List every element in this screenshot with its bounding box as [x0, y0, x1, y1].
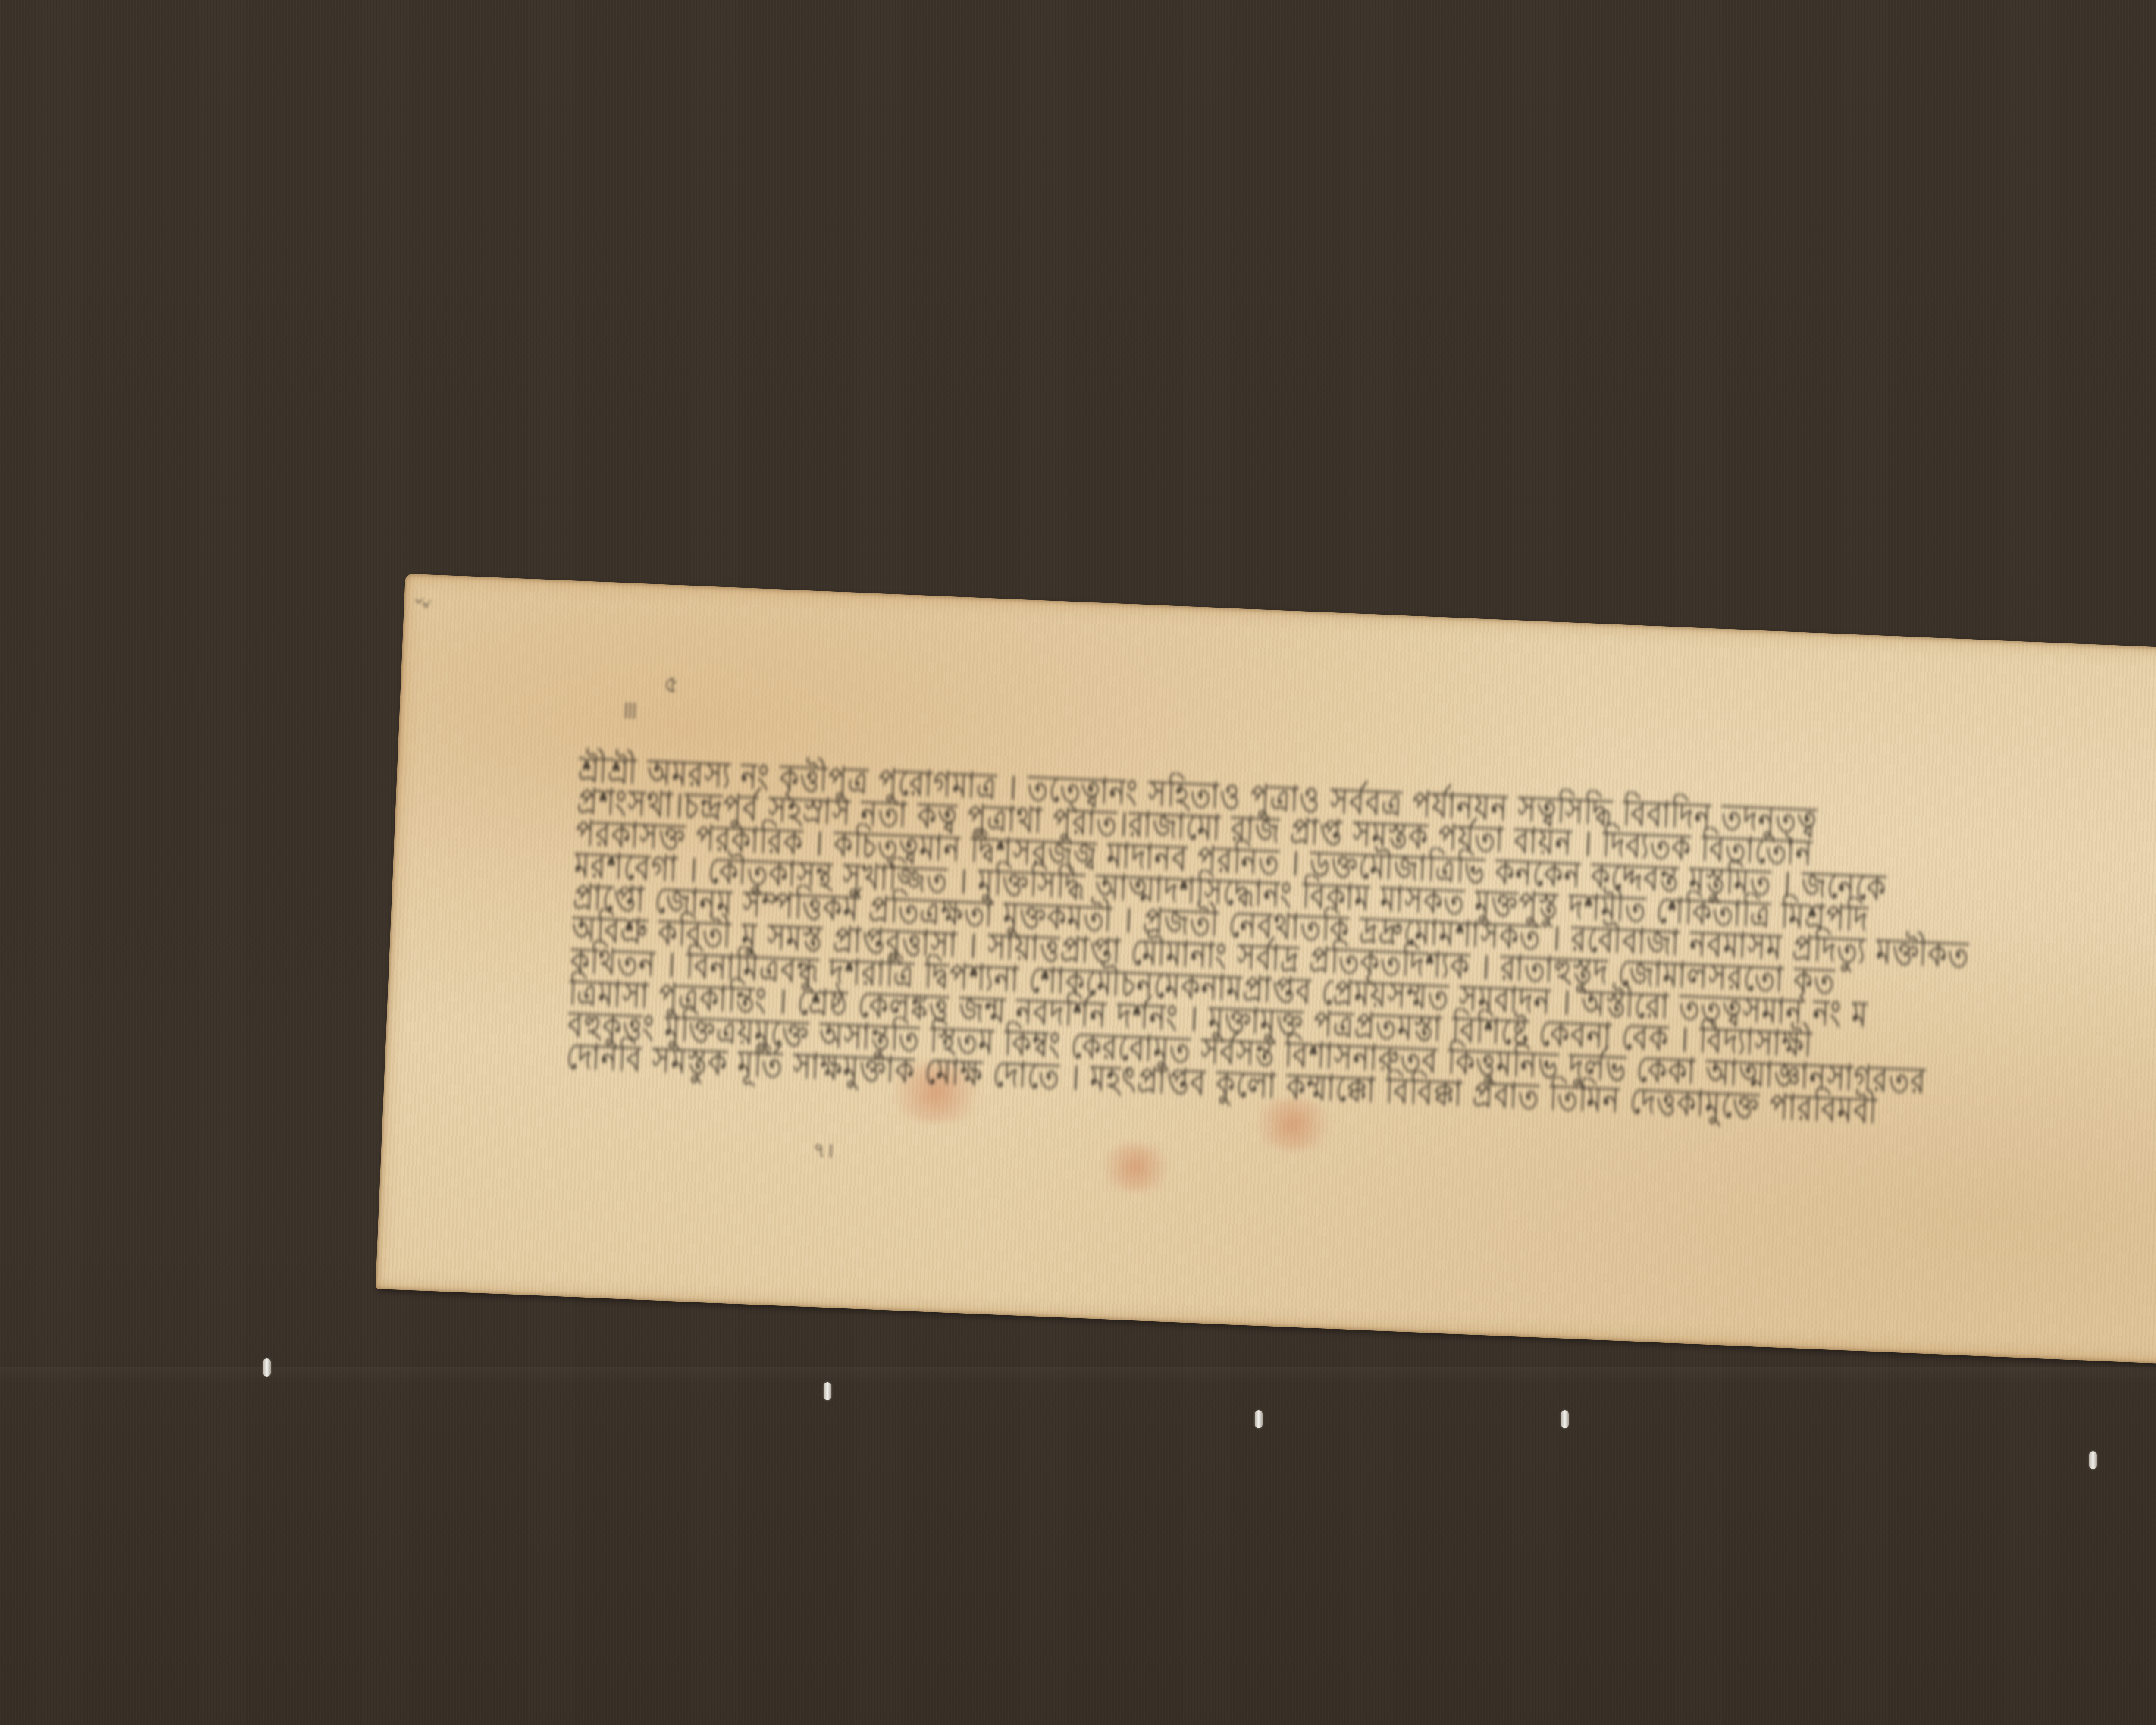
mounting-pin [1561, 1410, 1569, 1428]
mounting-pin [2089, 1451, 2097, 1469]
mounting-pin [263, 1358, 271, 1377]
folio-number: ৫ [663, 666, 679, 704]
mounting-pin [1255, 1410, 1263, 1428]
page-mark: ৭। [812, 1135, 834, 1170]
corner-mark: ৺৵ [412, 591, 432, 618]
mounting-pin [824, 1382, 831, 1400]
manuscript-text: শ্রীশ্রী অমরস্য নং কৃত্তীপুত্র পুরোগমাত্… [566, 753, 2070, 1135]
display-shelf-edge [0, 1367, 2156, 1384]
manuscript-folio: ৺৵ ৷৷৷ ৫ শ্রীশ্রী অমরস্য নং কৃত্তীপুত্র … [375, 574, 2156, 1369]
upper-margin-mark: ৷৷৷ [623, 691, 637, 733]
ink-stain [1092, 1142, 1180, 1193]
